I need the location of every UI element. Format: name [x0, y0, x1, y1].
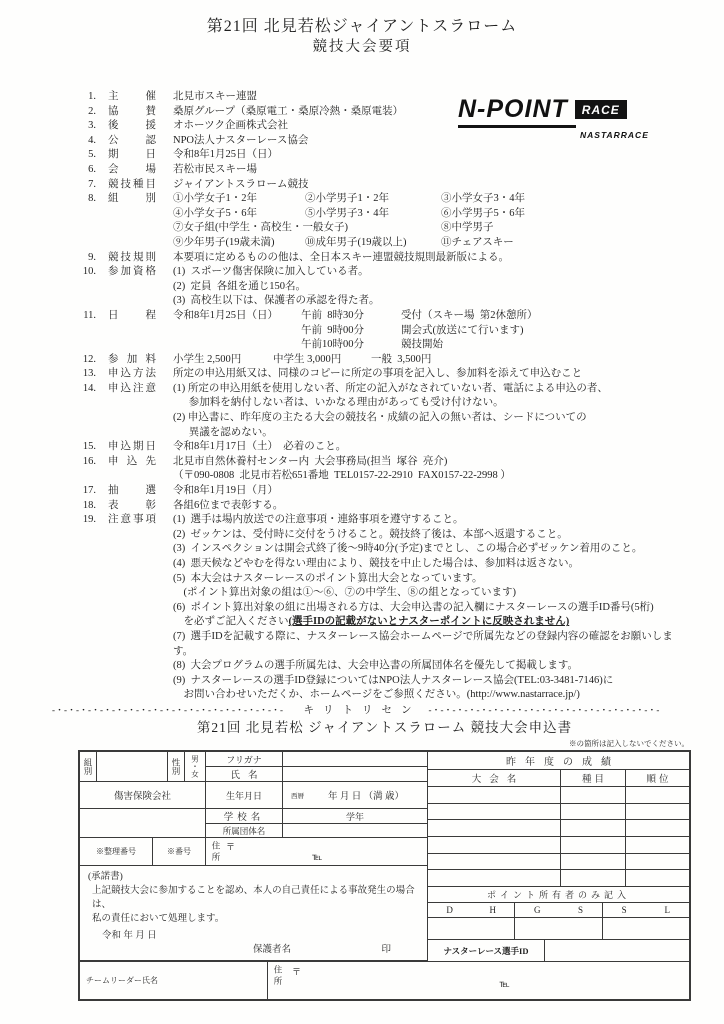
number-label: ※番号	[153, 838, 206, 865]
item-label: 競技規則	[108, 251, 156, 266]
results-header-row: 大会名 種目 順位	[428, 770, 689, 787]
results-row	[428, 870, 689, 887]
address-label: 住所	[210, 841, 222, 864]
consent-title: (承諾書)	[88, 870, 419, 884]
content-line: お問い合わせいただくか、ホームページをご参照ください。(http://www.n…	[173, 688, 692, 703]
item-number: 2.	[76, 105, 96, 120]
item-content: (1) 所定の申込用紙を使用しない者、所定の記入がなされていない者、電話による申…	[173, 382, 692, 440]
postal-mark: 〒	[292, 965, 301, 978]
content-col: ⑤小学男子3・4年	[305, 207, 441, 222]
results-event-cell	[428, 787, 561, 803]
reference-number-label: ※整理番号	[80, 838, 153, 865]
results-col-rank: 順位	[626, 770, 689, 786]
content-col: ⑧中学男子	[441, 221, 577, 236]
organization-row: 所属団体名	[206, 824, 427, 837]
content-col: ⑥小学男子5・6年	[441, 207, 525, 222]
left-blank-cell	[80, 809, 206, 837]
cut-line-label: キリトリセン	[296, 702, 429, 717]
furigana-label: フリガナ	[206, 752, 283, 766]
item-label: 申込方法	[108, 367, 156, 382]
application-form: 第21回 北見若松 ジャイアントスラローム 競技大会申込書 ※の箇所は記入しない…	[78, 719, 691, 1001]
results-col-discipline: 種目	[561, 770, 626, 786]
list-item: 10.参加資格(1) スポーツ傷害保険に加入している者。(2) 定員 各組を通じ…	[76, 265, 692, 309]
cut-line: -・-・-・-・-・-・-・-・-・-・-・-・-・-・-・-・-・-・-・- …	[52, 702, 672, 717]
gender-options: 男・女	[190, 755, 201, 778]
item-number: 7.	[76, 178, 96, 193]
item-number: 12.	[76, 353, 96, 368]
content-line: 若松市民スキー場	[173, 163, 692, 178]
gender-options-cell: 男・女	[185, 752, 206, 781]
points-letter: D	[446, 905, 453, 915]
group-label: 組別	[82, 758, 94, 775]
item-label: 競技種目	[108, 178, 156, 193]
list-item: 13.申込方法所定の申込用紙又は、同様のコピーに所定の事項を記入し、参加料を添え…	[76, 367, 692, 382]
results-discipline-cell	[561, 820, 626, 836]
content-line: 所定の申込用紙又は、同様のコピーに所定の事項を記入し、参加料を添えて申込むこと	[173, 367, 692, 382]
address-input-cell: 住所 〒 ℡	[206, 838, 427, 865]
item-number: 11.	[76, 309, 96, 353]
item-label: 公認	[108, 134, 156, 149]
address-label: 住所	[272, 965, 284, 988]
content-col: ⑨少年男子(19歳未満)	[173, 236, 305, 251]
item-number: 14.	[76, 382, 96, 440]
item-number: 9.	[76, 251, 96, 266]
logo-underline-bar	[458, 125, 576, 128]
content-col: 受付（スキー場 第2休憩所）	[401, 309, 538, 324]
content-col: 午前 8時30分	[301, 309, 401, 324]
content-col: ②小学男子1・2年	[305, 192, 441, 207]
form-title: 第21回 北見若松 ジャイアントスラローム 競技大会申込書	[78, 719, 691, 736]
item-label: 抽選	[108, 484, 156, 499]
content-col: ⑦女子組(中学生・高校生・一般女子)	[173, 221, 441, 236]
cut-dashes-right: -・-・-・-・-・-・-・-・-・-・-・-・-・-・-・-・-・-・-・-	[428, 703, 672, 716]
nastar-id-label: ナスターレース選手ID	[428, 940, 545, 961]
content-col: 午前10時00分	[301, 338, 401, 353]
school-org-rows: 学校名 学年 所属団体名	[80, 809, 427, 838]
results-rank-cell	[626, 870, 689, 886]
item-number: 16.	[76, 455, 96, 484]
results-event-cell	[428, 804, 561, 820]
content-line: 令和8年1月17日（土） 必着のこと。	[173, 440, 692, 455]
consent-line1: 上記競技大会に参加することを認め、本人の自己責任による事故発生の場合は、	[92, 884, 419, 912]
content-line: (1) 選手は場内放送での注意事項・連絡事項を遵守すること。	[173, 513, 692, 528]
item-content: 令和8年1月25日（日）午前 8時30分受付（スキー場 第2休憩所）午前 9時0…	[173, 309, 692, 353]
nastar-id-input-cell	[545, 940, 689, 961]
content-line: 本要項に定めるものの他は、全日本スキー連盟競技規則最新版による。	[173, 251, 692, 266]
list-item: 16.申込先北見市自然休養村センター内 大会事務局(担当 塚谷 亮介)（〒090…	[76, 455, 692, 484]
results-event-cell	[428, 870, 561, 886]
results-rank-cell	[626, 787, 689, 803]
content-line: 令和8年1月25日（日）午前 8時30分受付（スキー場 第2休憩所）	[173, 309, 692, 324]
content-col: 開会式(放送にて行います)	[401, 324, 524, 339]
content-line: 異議を認めない。	[173, 426, 692, 441]
document-title-line1: 第21回 北見若松ジャイアントスラローム	[0, 16, 724, 37]
consent-section: (承諾書) 上記競技大会に参加することを認め、本人の自己責任による事故発生の場合…	[80, 866, 427, 961]
group-input-cell	[97, 752, 168, 781]
results-discipline-cell	[561, 804, 626, 820]
last-year-results-title: 昨年度の成績	[428, 752, 689, 770]
list-item: 17.抽選令和8年1月19日（月）	[76, 484, 692, 499]
document-title-line2: 競技大会要項	[0, 37, 724, 57]
list-item: 19.注意事項(1) 選手は場内放送での注意事項・連絡事項を遵守すること。(2)…	[76, 513, 692, 703]
item-label: 日程	[108, 309, 156, 353]
list-item: 15.申込期日令和8年1月17日（土） 必着のこと。	[76, 440, 692, 455]
content-line: 各組6位まで表彰する。	[173, 499, 692, 514]
gender-label-cell: 性別	[168, 752, 185, 781]
points-letter: H	[489, 905, 496, 915]
content-line: ジャイアントスラローム競技	[173, 178, 692, 193]
item-content: 令和8年1月19日（月）	[173, 484, 692, 499]
points-letter: S	[578, 905, 583, 915]
points-letter-cell: SL	[602, 903, 689, 917]
furigana-row: フリガナ	[206, 752, 427, 767]
cut-dashes-left: -・-・-・-・-・-・-・-・-・-・-・-・-・-・-・-・-・-・-・-	[52, 703, 296, 716]
results-event-cell	[428, 837, 561, 853]
grade-label: 学年	[283, 810, 427, 823]
content-line: 令和8年1月25日（日）	[173, 148, 692, 163]
list-item: 12.参加料小学生 2,500円中学生 3,000円一般 3,500円	[76, 353, 692, 368]
consent-line2: 私の責任において処理します。	[92, 912, 419, 926]
content-line: 北見市自然休養村センター内 大会事務局(担当 塚谷 亮介)	[173, 455, 692, 470]
points-input-cell	[428, 918, 514, 939]
content-line: ①小学女子1・2年②小学男子1・2年③小学女子3・4年	[173, 192, 692, 207]
content-col: ①小学女子1・2年	[173, 192, 305, 207]
form-note: ※の箇所は記入しないでください。	[78, 738, 689, 749]
birth-row: 傷害保険会社 生年月日 西暦 年 月 日 （満 歳）	[80, 782, 427, 809]
school-org-fields: 学校名 学年 所属団体名	[206, 809, 427, 837]
logo-subtitle: NASTARRACE	[580, 130, 683, 140]
content-line: (ポイント算出対象の組は①～⑥、⑦の中学生、⑧の組となっています)	[173, 586, 692, 601]
nastar-id-row: ナスターレース選手ID	[428, 940, 689, 961]
item-number: 1.	[76, 90, 96, 105]
item-content: 小学生 2,500円中学生 3,000円一般 3,500円	[173, 353, 692, 368]
tel-mark: ℡	[500, 979, 510, 990]
item-number: 10.	[76, 265, 96, 309]
content-col: ④小学女子5・6年	[173, 207, 305, 222]
points-letter-row: DHGSSL	[428, 903, 689, 918]
item-content: 所定の申込用紙又は、同様のコピーに所定の事項を記入し、参加料を添えて申込むこと	[173, 367, 692, 382]
content-line: (5) 本大会はナスターレースのポイント算出大会となっています。	[173, 572, 692, 587]
results-discipline-cell	[561, 870, 626, 886]
seal-label: 印	[381, 943, 391, 957]
tel-mark: ℡	[312, 852, 322, 863]
western-calendar-label: 西暦	[291, 791, 304, 800]
item-label: 主催	[108, 90, 156, 105]
item-label: 申込先	[108, 455, 156, 484]
item-number: 18.	[76, 499, 96, 514]
birth-label: 生年月日	[206, 782, 283, 808]
results-event-cell	[428, 854, 561, 870]
guardian-name-label: 保護者名	[253, 943, 291, 957]
school-label: 学校名	[206, 809, 283, 823]
logo-row: N-POINT RACE	[458, 96, 683, 122]
content-col: 競技開始	[401, 338, 443, 353]
content-col: ③小学女子3・4年	[441, 192, 525, 207]
results-blank-rows	[428, 787, 689, 887]
content-line: (8) 大会プログラムの選手所属先は、大会申込書の所属団体名を優先して掲載します…	[173, 659, 692, 674]
content-line: 参加料を納付しない者は、いかなる理由があっても受け付けない。	[173, 396, 692, 411]
birth-input-cell: 西暦 年 月 日 （満 歳）	[283, 782, 427, 808]
results-discipline-cell	[561, 837, 626, 853]
content-line: (2) 定員 各組を通じ150名。	[173, 280, 692, 295]
form-table: 組別 性別 男・女 フリガナ 氏名	[78, 750, 691, 1001]
team-leader-address-cell: 住所 〒 ℡	[268, 962, 689, 999]
item-number: 5.	[76, 148, 96, 163]
points-blank-row	[428, 918, 689, 940]
points-title: ポイント所有者のみ記入	[428, 887, 689, 903]
item-label: 表彰	[108, 499, 156, 514]
item-number: 6.	[76, 163, 96, 178]
underlined-note: (選手IDの記載がないとナスターポイントに反映されません)	[289, 616, 570, 627]
list-item: 9.競技規則本要項に定めるものの他は、全日本スキー連盟競技規則最新版による。	[76, 251, 692, 266]
group-label-cell: 組別	[80, 752, 97, 781]
points-letter: S	[622, 905, 627, 915]
item-number: 13.	[76, 367, 96, 382]
full-name-row: 氏名	[206, 767, 427, 781]
content-line: (6) ポイント算出対象の組に出場される方は、大会申込書の記入欄にナスターレース…	[173, 601, 692, 616]
content-col: 中学生 3,000円	[273, 353, 371, 368]
content-line: 午前 9時00分開会式(放送にて行います)	[173, 324, 692, 339]
content-text: を必ずご記入ください	[173, 616, 289, 627]
list-item: 18.表彰各組6位まで表彰する。	[76, 499, 692, 514]
item-label: 会場	[108, 163, 156, 178]
item-label: 申込期日	[108, 440, 156, 455]
list-item: 8.組別①小学女子1・2年②小学男子1・2年③小学女子3・4年④小学女子5・6年…	[76, 192, 692, 250]
furigana-input-cell	[283, 752, 427, 766]
item-content: 若松市民スキー場	[173, 163, 692, 178]
name-row: 組別 性別 男・女 フリガナ 氏名	[80, 752, 427, 782]
points-input-cell	[602, 918, 689, 939]
content-line: (2) ゼッケンは、受付時に交付をうけること。競技終了後は、本部へ返還すること。	[173, 528, 692, 543]
item-content: 令和8年1月25日（日）	[173, 148, 692, 163]
results-rank-cell	[626, 820, 689, 836]
item-content: 令和8年1月17日（土） 必着のこと。	[173, 440, 692, 455]
team-leader-row: チームリーダー氏名 住所 〒 ℡	[80, 961, 689, 999]
birth-date-fields: 年 月 日 （満 歳）	[328, 788, 404, 802]
item-label: 組別	[108, 192, 156, 250]
results-row	[428, 837, 689, 854]
item-content: 本要項に定めるものの他は、全日本スキー連盟競技規則最新版による。	[173, 251, 692, 266]
item-label: 参加資格	[108, 265, 156, 309]
results-event-cell	[428, 820, 561, 836]
item-number: 4.	[76, 134, 96, 149]
content-line: (4) 悪天候などやむを得ない理由により、競技を中止した場合は、参加料は返さない…	[173, 557, 692, 572]
form-left-section: 組別 性別 男・女 フリガナ 氏名	[80, 752, 428, 961]
results-rank-cell	[626, 854, 689, 870]
list-item: 6.会場若松市民スキー場	[76, 163, 692, 178]
results-rank-cell	[626, 804, 689, 820]
item-content: ①小学女子1・2年②小学男子1・2年③小学女子3・4年④小学女子5・6年⑤小学男…	[173, 192, 692, 250]
item-content: 北見市自然休養村センター内 大会事務局(担当 塚谷 亮介)（〒090-0808 …	[173, 455, 692, 484]
content-line: 小学生 2,500円中学生 3,000円一般 3,500円	[173, 353, 692, 368]
item-content: (1) スポーツ傷害保険に加入している者。(2) 定員 各組を通じ150名。(3…	[173, 265, 692, 309]
content-line: を必ずご記入ください(選手IDの記載がないとナスターポイントに反映されません)	[173, 615, 692, 630]
points-letter-cell: DH	[428, 903, 514, 917]
item-number: 8.	[76, 192, 96, 250]
form-main-area: 組別 性別 男・女 フリガナ 氏名	[80, 752, 689, 961]
item-content: 各組6位まで表彰する。	[173, 499, 692, 514]
content-col: 小学生 2,500円	[173, 353, 273, 368]
team-leader-label: チームリーダー氏名	[80, 962, 268, 999]
content-col: 令和8年1月25日（日）	[173, 309, 301, 324]
results-rank-cell	[626, 837, 689, 853]
list-item: 14.申込注意(1) 所定の申込用紙を使用しない者、所定の記入がなされていない者…	[76, 382, 692, 440]
points-input-cell	[514, 918, 601, 939]
content-line: （〒090-0808 北見市若松651番地 TEL0157-22-2910 FA…	[173, 469, 692, 484]
name-input-cell	[283, 767, 427, 781]
logo-race-badge: RACE	[575, 100, 627, 119]
item-number: 15.	[76, 440, 96, 455]
results-row	[428, 787, 689, 804]
content-line: 令和8年1月19日（月）	[173, 484, 692, 499]
content-line: (2) 申込書に、昨年度の主たる大会の競技名・成績の記入の無い者は、シードについ…	[173, 411, 692, 426]
item-number: 3.	[76, 119, 96, 134]
content-line: ⑦女子組(中学生・高校生・一般女子)⑧中学男子	[173, 221, 692, 236]
content-line: (9) ナスターレースの選手ID登録についてはNPO法人ナスターレース協会(TE…	[173, 674, 692, 689]
item-label: 参加料	[108, 353, 156, 368]
item-number: 19.	[76, 513, 96, 703]
results-discipline-cell	[561, 787, 626, 803]
item-number: 17.	[76, 484, 96, 499]
list-item: 7.競技種目ジャイアントスラローム競技	[76, 178, 692, 193]
points-letter: L	[665, 905, 671, 915]
content-line: 午前10時00分競技開始	[173, 338, 692, 353]
guardian-row: 保護者名 印	[88, 943, 419, 957]
content-line: (3) 高校生以下は、保護者の承認を得た者。	[173, 294, 692, 309]
item-label: 注意事項	[108, 513, 156, 703]
item-label: 協賛	[108, 105, 156, 120]
name-fields: フリガナ 氏名	[206, 752, 427, 781]
item-content: (1) 選手は場内放送での注意事項・連絡事項を遵守すること。(2) ゼッケンは、…	[173, 513, 692, 703]
address-row: ※整理番号 ※番号 住所 〒 ℡	[80, 838, 427, 866]
list-item: 5.期日令和8年1月25日（日）	[76, 148, 692, 163]
school-row: 学校名 学年	[206, 809, 427, 824]
item-content: ジャイアントスラローム競技	[173, 178, 692, 193]
form-right-section: 昨年度の成績 大会名 種目 順位 ポイント所有者のみ記入 DHGSSL ナスター…	[428, 752, 689, 961]
item-label: 後援	[108, 119, 156, 134]
content-line: ⑨少年男子(19歳未満)⑩成年男子(19歳以上)⑪チェアスキー	[173, 236, 692, 251]
results-row	[428, 804, 689, 821]
item-label: 申込注意	[108, 382, 156, 440]
list-item: 11.日程令和8年1月25日（日）午前 8時30分受付（スキー場 第2休憩所）午…	[76, 309, 692, 353]
content-col: 午前 9時00分	[301, 324, 401, 339]
postal-mark: 〒	[226, 840, 235, 853]
insurance-label: 傷害保険会社	[80, 782, 206, 808]
points-letter: G	[534, 905, 541, 915]
content-line: (3) インスペクションは開会式終了後～9時40分(予定)までとし、この場合必ず…	[173, 542, 692, 557]
content-line: (1) 所定の申込用紙を使用しない者、所定の記入がなされていない者、電話による申…	[173, 382, 692, 397]
organization-label: 所属団体名	[206, 824, 283, 837]
gender-label: 性別	[170, 758, 182, 775]
content-line: (1) スポーツ傷害保険に加入している者。	[173, 265, 692, 280]
name-label: 氏名	[206, 767, 283, 781]
consent-date-fields: 令和 年 月 日	[102, 929, 419, 943]
results-row	[428, 820, 689, 837]
content-col: ⑩成年男子(19歳以上)	[305, 236, 441, 251]
item-label: 期日	[108, 148, 156, 163]
results-row	[428, 854, 689, 871]
content-col	[173, 338, 301, 353]
content-col	[173, 324, 301, 339]
results-discipline-cell	[561, 854, 626, 870]
document-page: 第21回 北見若松ジャイアントスラローム 競技大会要項 1.主催北見市スキー連盟…	[0, 0, 724, 1024]
guidelines-item-list: 1.主催北見市スキー連盟2.協賛桑原グループ（桑原電工・桑原冷熱・桑原電装）3.…	[76, 90, 692, 703]
content-line: ④小学女子5・6年⑤小学男子3・4年⑥小学男子5・6年	[173, 207, 692, 222]
n-point-race-logo: N-POINT RACE NASTARRACE	[458, 96, 683, 140]
content-line: (7) 選手IDを記載する際に、ナスターレース協会ホームページで所属先などの登録…	[173, 630, 692, 659]
content-col: 一般 3,500円	[371, 353, 431, 368]
logo-wordmark: N-POINT	[458, 96, 568, 122]
results-col-event: 大会名	[428, 770, 561, 786]
organization-input-cell	[283, 824, 427, 837]
points-letter-cell: GS	[514, 903, 601, 917]
content-col: ⑪チェアスキー	[441, 236, 514, 251]
